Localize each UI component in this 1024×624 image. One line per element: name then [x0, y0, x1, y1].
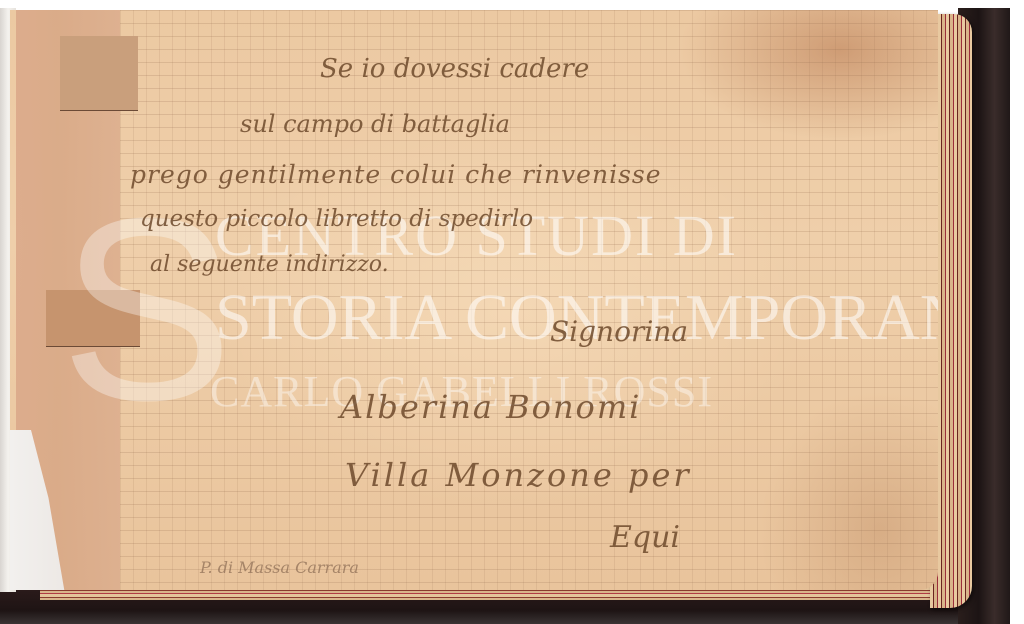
handwriting-line-5: al seguente indirizzo. — [150, 252, 389, 277]
address-street: Villa Monzone per — [345, 456, 692, 494]
handwriting-line-3: prego gentilmente colui che rinvenisse — [130, 160, 662, 189]
notebook-photo: S CENTRO STUDI DI STORIA CONTEMPORANEA C… — [0, 0, 1024, 624]
tape-patch-top — [60, 36, 138, 111]
handwriting-line-2: sul campo di battaglia — [240, 110, 510, 138]
address-province-pencil: P. di Massa Carrara — [200, 558, 359, 577]
address-salutation: Signorina — [550, 315, 688, 348]
address-town: Equi — [610, 520, 680, 555]
address-recipient-name: Alberina Bonomi — [340, 388, 641, 426]
handwriting-line-1: Se io dovessi cadere — [320, 54, 589, 84]
notebook-page: S CENTRO STUDI DI STORIA CONTEMPORANEA C… — [10, 10, 938, 590]
handwriting-line-4: questo piccolo libretto di spedirlo — [140, 206, 533, 232]
